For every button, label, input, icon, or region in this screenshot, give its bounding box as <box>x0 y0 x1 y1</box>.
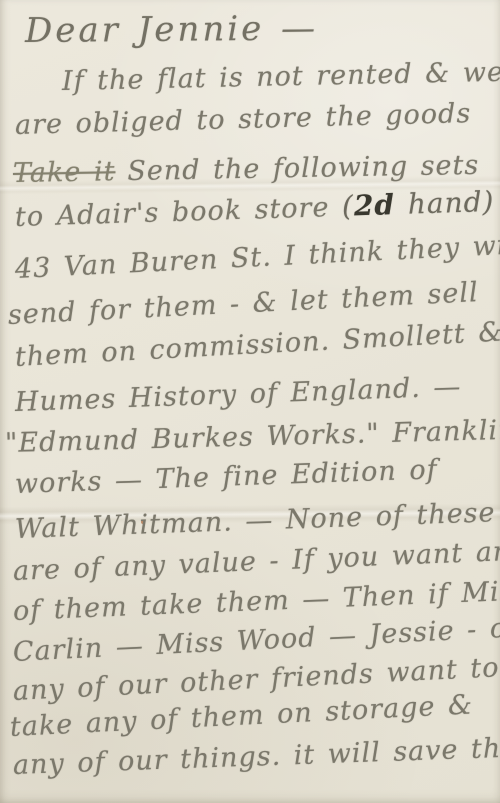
parenthetical-note: (2d hand) <box>341 185 494 223</box>
struck-out-text: Take it <box>13 156 116 189</box>
paren-close: hand) <box>394 185 495 221</box>
letter-line-with-parenthetical: to Adair's book store (2d hand) <box>14 186 494 233</box>
letter-line: Walt Whitman. — None of these <box>14 497 496 545</box>
correction-text: Send the following sets <box>127 150 479 187</box>
letter-line: 43 Van Buren St. I think they will <box>14 229 500 285</box>
letter-line: Humes History of England. — <box>14 371 461 418</box>
letter-salutation: Dear Jennie — <box>25 9 318 51</box>
letter-line: "Edmund Burkes Works." Franklins <box>5 414 500 459</box>
letter-page: Dear Jennie — If the flat is not rented … <box>0 0 500 803</box>
secondhand-number: 2d <box>353 188 395 222</box>
letter-line-with-correction: Take itSend the following sets <box>13 150 480 189</box>
letter-line: are obliged to store the goods <box>15 98 472 141</box>
letter-line: works — The fine Edition of <box>14 454 438 500</box>
letter-line: If the flat is not rented & we <box>62 57 500 97</box>
store-name-text: to Adair's book store <box>15 192 330 233</box>
